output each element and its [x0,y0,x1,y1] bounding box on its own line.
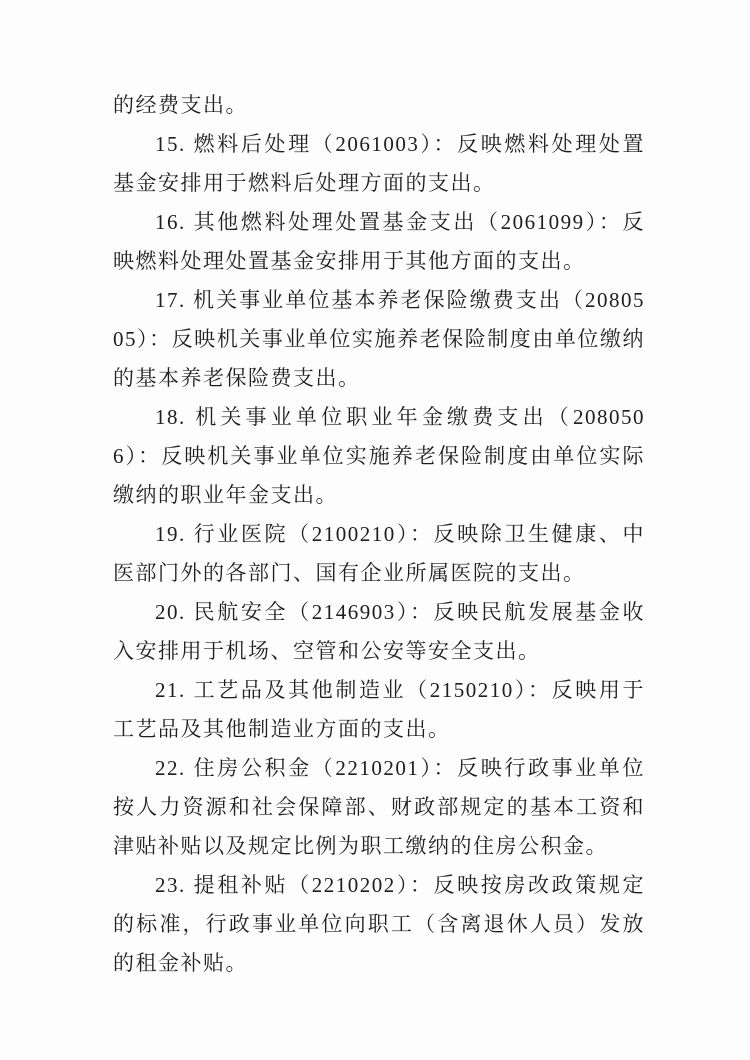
paragraph-item-22: 22. 住房公积金（2210201）：反映行政事业单位按人力资源和社会保障部、财… [113,749,645,866]
paragraph-item-20: 20. 民航安全（2146903）：反映民航发展基金收入安排用于机场、空管和公安… [113,593,645,671]
paragraph-item-16: 16. 其他燃料处理处置基金支出（2061099）：反映燃料处理处置基金安排用于… [113,203,645,281]
paragraph-item-17: 17. 机关事业单位基本养老保险缴费支出（2080505）：反映机关事业单位实施… [113,281,645,398]
paragraph-item-15: 15. 燃料后处理（2061003）：反映燃料处理处置基金安排用于燃料后处理方面… [113,125,645,203]
paragraph-continuation: 的经费支出。 [113,86,645,125]
paragraph-item-23: 23. 提租补贴（2210202）：反映按房改政策规定的标准，行政事业单位向职工… [113,866,645,983]
document-page: 的经费支出。 15. 燃料后处理（2061003）：反映燃料处理处置基金安排用于… [0,0,750,1060]
paragraph-item-21: 21. 工艺品及其他制造业（2150210）：反映用于工艺品及其他制造业方面的支… [113,671,645,749]
paragraph-item-19: 19. 行业医院（2100210）：反映除卫生健康、中医部门外的各部门、国有企业… [113,515,645,593]
document-text-block: 的经费支出。 15. 燃料后处理（2061003）：反映燃料处理处置基金安排用于… [113,86,645,983]
paragraph-item-18: 18. 机关事业单位职业年金缴费支出（2080506）：反映机关事业单位实施养老… [113,398,645,515]
